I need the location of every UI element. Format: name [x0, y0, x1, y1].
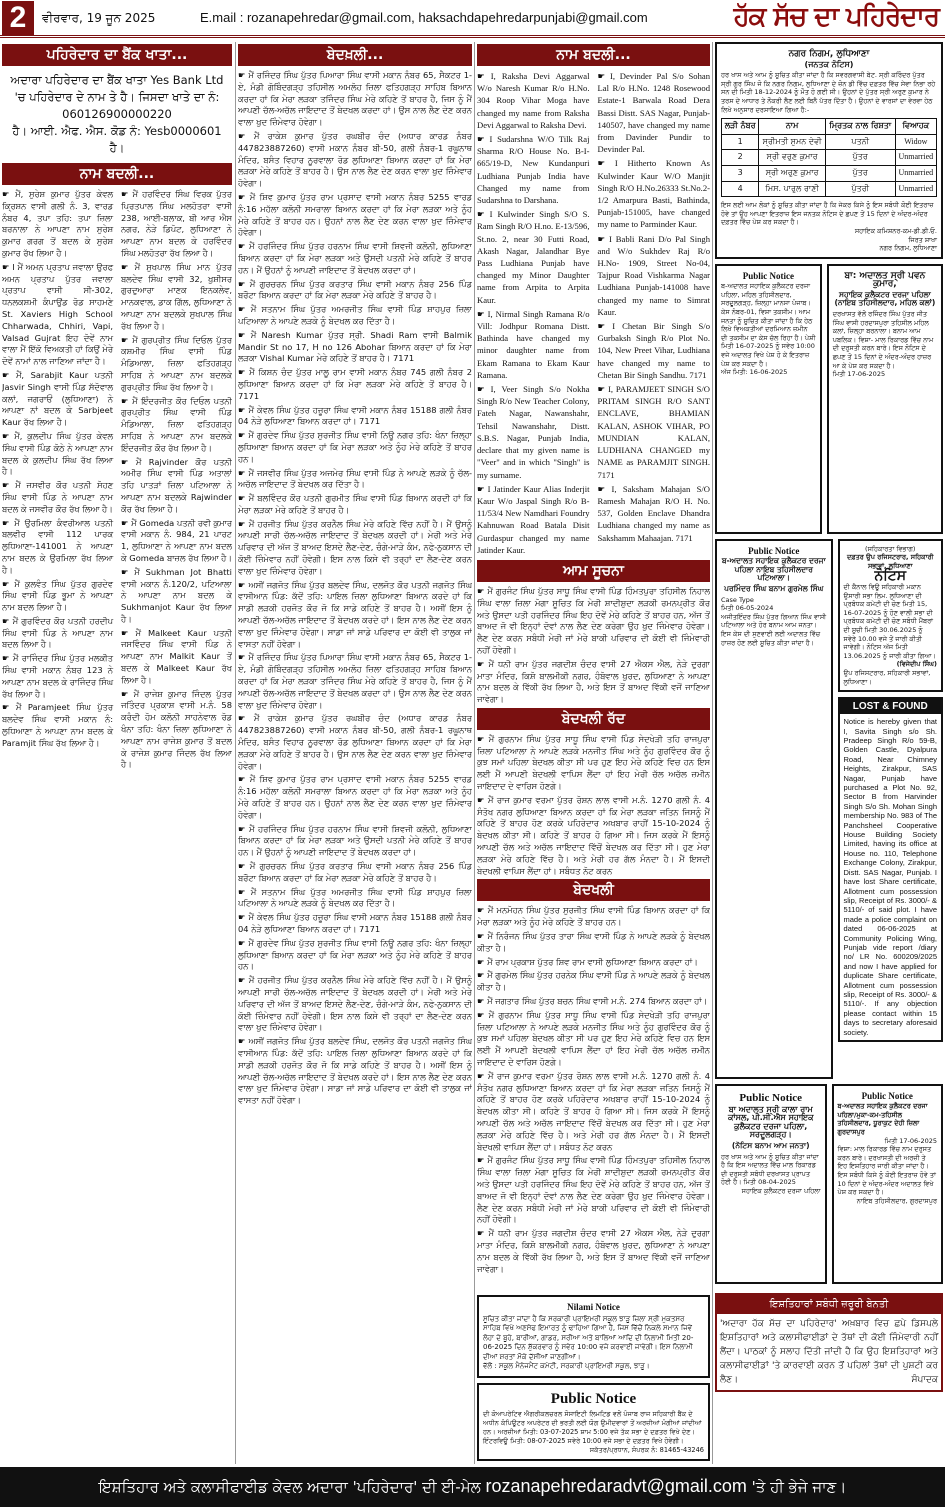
notice-item: ☛ ਮੈਂ ਰਜਿੰਦਰ ਸਿੰਘ ਪੁੱਤਰ ਪਿਆਰਾ ਸਿੰਘ ਵਾਸੀ … — [238, 70, 472, 129]
column-divider — [474, 42, 475, 1464]
notice-parties: ਪਰਮਿੰਦਰ ਸਿੰਘ ਬਨਾਮ ਗੁਰਮੇਲ ਸਿੰਘ — [721, 585, 827, 594]
notice-body: ਬ-ਅਦਾਲਤ ਸਹਾਇਕ ਕੁਲੈਕਟਰ ਦਰਜਾ ਪਹਿਲਾ, ਮਹਿਲ ਤ… — [721, 282, 816, 368]
notice-item: ☛ ਮੈਂ, ਸੁਰੇਸ਼ ਕੁਮਾਰ ਪੁੱਤਰ ਕੇਵਲ ਕ੍ਰਿਸ਼ਨ ਵ… — [2, 189, 113, 260]
notice-item: ☛ I, PARAMJEET SINGH S/O PRITAM SINGH R/… — [598, 383, 711, 481]
notice-item: ☛ ਮੈਂ ਗੁਰਦੇਵ ਸਿੰਘ ਪੁੱਤਰ ਸੁਰਜੀਤ ਸਿੰਘ ਵਾਸੀ… — [238, 430, 472, 465]
logo-text: ਹੱਕ ਸੱਚ ਦਾ ਪਹਿਰੇਦਾਰ — [734, 2, 939, 32]
municipal-notice-subtitle: (ਜਨਤਕ ਨੋਟਿਸ) — [721, 61, 937, 70]
auction-notice: Nilami Notice ਸੂਚਿਤ ਕੀਤਾ ਜਾਂਦਾ ਹੈ ਕਿ ਸਰਕ… — [477, 1295, 710, 1378]
notice-item: ☛ ਮੈਂ ਗੁਰਵਿੰਦਰ ਕੌਰ ਪਤਨੀ ਹਰਦੀਪ ਸਿੰਘ ਵਾਸੀ … — [2, 616, 113, 651]
notice-item: ☛ ਮੈਂ ਸਤਨਾਮ ਸਿੰਘ ਪੁੱਤਰ ਅਮਰਜੀਤ ਸਿੰਘ ਵਾਸੀ … — [238, 887, 472, 911]
notice-item: ☛ ਮੈਂ Rajvinder ਕੌਰ ਪਤਨੀ ਅਮੀਰ ਸਿੰਘ ਵਾਸੀ … — [121, 457, 232, 516]
cell: ਸ੍ਰੀਮਤੀ ਸੁਮਨ ਦੇਵੀ — [759, 134, 826, 150]
notice-date: ਮਿਤੀ 06-05-2024 — [721, 604, 827, 613]
notice-item: ☛ ਮੈਂ ਗੁਰਜੰਟ ਸਿੰਘ ਪੁੱਤਰ ਸਾਧੂ ਸਿੰਘ ਵਾਸੀ ਪ… — [477, 586, 710, 657]
cell: Widow — [895, 134, 936, 150]
notice-item: ☛ I, Saksham Mahajan S/O Ramesh Mahajan … — [598, 483, 711, 544]
notice-item: ☛ ਮੈਂ ਸ਼ਿਵ ਕੁਮਾਰ ਪੁੱਤਰ ਰਾਮ ਪ੍ਰਸਾਦ ਵਾਸੀ ਮ… — [238, 192, 472, 239]
notice-item: ☛ ਮੈਂ ਕਿਸ਼ਨ ਚੰਦ ਪੁੱਤਰ ਮਾਲੂ ਰਾਮ ਵਾਸੀ ਮਕਾਨ… — [238, 367, 472, 402]
name-change-english-title: ਨਾਮ ਬਦਲੀ... — [477, 44, 710, 66]
municipal-notice: ਨਗਰ ਨਿਗਮ, ਲੁਧਿਆਣਾ (ਜਨਤਕ ਨੋਟਿਸ) ਹਰ ਖਾਸ ਅਤ… — [715, 42, 943, 259]
english-list-right: ☛ I, Devinder Pal S/o Sohan Lal R/o H.No… — [598, 70, 711, 558]
notice-item: ☛ ਮੈਂ ਹਰਜੀਤ ਸਿੰਘ ਪੁੱਤਰ ਕਰਨੈਲ ਸਿੰਘ ਮੇਰੇ ਕ… — [238, 519, 472, 578]
table-row: 1ਸ੍ਰੀਮਤੀ ਸੁਮਨ ਦੇਵੀਪਤਨੀWidow — [722, 134, 937, 150]
name-change-title: ਨਾਮ ਬਦਲੀ... — [2, 163, 232, 185]
footer-banner: ਇਸ਼ਤਿਹਾਰ ਅਤੇ ਕਲਾਸੀਫਾਈਡ ਕੇਵਲ ਅਦਾਰਾ 'ਪਹਿਰੇ… — [0, 1467, 945, 1507]
column-header: ਲੜੀ ਨੰਬਰ — [722, 119, 759, 135]
public-notice-body: ਦੀ ਕੋਆਪਰੇਟਿਵ ਐਗਰੀਕਲਚਰਲ ਸੋਸਾਇਟੀ ਲਿਮਟਿਡ ਵਲ… — [483, 1410, 704, 1446]
public-notice-mansa: Public Notice ਬ-ਅਦਾਲਤ ਸਹਾਇਕ ਕੁਲੈਕਟਰ ਦਰਜਾ… — [715, 264, 822, 534]
right-stack: (ਸਹਿਕਾਰਤਾ ਵਿਭਾਗ) ਦਫ਼ਤਰ ਉਪ ਰਜਿਸਟਰਾਰ, ਸਹਿਕ… — [838, 539, 944, 1084]
notice-item: ☛ ਮੈਂ ਗੁਰਪ੍ਰੀਤ ਸਿੰਘ ਦਿਓਲ ਪੁੱਤਰ ਕਸ਼ਮੀਰ ਸਿ… — [121, 335, 232, 394]
cell: ਪਤਨੀ — [825, 134, 895, 150]
english-name-change: ☛ I, Raksha Devi Aggarwal W/o Naresh Kum… — [477, 70, 710, 558]
general-notice-title: ਆਮ ਸੂਚਨਾ — [477, 560, 710, 582]
notice-item: ☛ ਮੈਂ ਜਸਵੀਰ ਸਿੰਘ ਪੁੱਤਰ ਅਜਮੇਰ ਸਿੰਘ ਵਾਸੀ ਪ… — [238, 468, 472, 492]
cell: 4 — [722, 181, 759, 197]
public-notice-sign: ਸਕੱਤਰ/ਪ੍ਰਧਾਨ, ਸੰਪਰਕ ਨੰ: 81465-43246 — [483, 1446, 704, 1455]
notice-item: ☛ ਮੈਂ ਰਾਜਿੰਦਰ ਸਿੰਘ ਪੁੱਤਰ ਮਲਕੀਤ ਸਿੰਘ ਵਾਸੀ… — [2, 653, 113, 700]
notice-item: ☛ I Sudarshna W/O Tilk Raj Sharma R/O Ho… — [477, 133, 590, 206]
notice-item: ☛ ਮੈਂ ਗੁਰਚਰਨ ਸਿੰਘ ਪੁੱਤਰ ਕਰਤਾਰ ਸਿੰਘ ਵਾਸੀ … — [238, 861, 472, 885]
eviction-2-title: ਬੇਦਖਲੀ — [477, 879, 710, 901]
municipal-notice-title: ਨਗਰ ਨਿਗਮ, ਲੁਧਿਆਣਾ — [721, 50, 937, 59]
notice-item: ☛ ਮੈਂ Malkeet Kaur ਪਤਨੀ ਜਸਵਿੰਦਰ ਸਿੰਘ ਵਾਸ… — [121, 628, 232, 687]
column-3: ਨਾਮ ਬਦਲੀ... ☛ I, Raksha Devi Aggarwal W/… — [477, 42, 710, 1464]
notice-item: ☛ ਮੈਂ ਜਸਵੀਰ ਕੌਰ ਪਤਨੀ ਸੋਹਣ ਸਿੰਘ ਵਾਸੀ ਪਿੰਡ… — [2, 480, 113, 515]
sign-line: ਜਿਰਤ ਸ਼ਾਖਾ — [721, 236, 937, 245]
notice-item: ☛ I ਮੈਂ ਅਮਨ ਪ੍ਰਤਾਪ ਜਵਾਲਾ ਉਰਫ ਅਮਨ ਪ੍ਰਤਾਪ … — [2, 262, 113, 368]
notice-item: ☛ ਮੈਂ ਗੁਰਨਾਮ ਸਿੰਘ ਪੁੱਤਰ ਸਾਧੂ ਸਿੰਘ ਵਾਸੀ ਪ… — [477, 734, 710, 793]
table-header-row: ਲੜੀ ਨੰਬਰ ਨਾਮ ਮ੍ਰਿਤਕ ਨਾਲ ਰਿਸ਼ਤਾ ਵਿਆਹਕ — [722, 119, 937, 135]
notice-item: ☛ ਮੈਂ ਕੇਵਲ ਸਿੰਘ ਪੁੱਤਰ ਹਜ਼ੂਰਾ ਸਿੰਘ ਵਾਸੀ ਮ… — [238, 405, 472, 429]
notice-date: ਮਿਤੀ 17-06-2025 — [833, 370, 937, 379]
column-2: ਬੇਦਖ਼ਲੀ... ☛ ਮੈਂ ਰਜਿੰਦਰ ਸਿੰਘ ਪੁੱਤਰ ਪਿਆਰਾ… — [238, 42, 472, 1464]
notice-item: ☛ I, Veer Singh S/o Nokha Singh R/o New … — [477, 383, 590, 481]
notice-office-footer: ਉਪ ਰਜਿਸਟਰਾਰ, ਸਹਿਕਾਰੀ ਸਭਾਵਾਂ, ਲੁਧਿਆਣਾ। — [844, 669, 938, 686]
notice-subtitle: ਬ-ਅਦਾਲਤ ਸਹਾਇਕ ਕੁਲੈਕਟਰ ਦਰਜਾ ਪਹਿਲਾ ਨਾਇਬ ਤਹ… — [721, 557, 827, 583]
lost-found-body: Notice is hereby given that I, Savita Si… — [840, 714, 942, 1040]
disclaimer-title: ਇਸ਼ਤਿਹਾਰਾਂ ਸਬੰਧੀ ਜ਼ਰੂਰੀ ਬੇਨਤੀ — [717, 1295, 941, 1314]
notice-item: ☛ ਮੈਂ ਹਰਜਿੰਦਰ ਸਿੰਘ ਪੁੱਤਰ ਹਰਨਾਮ ਸਿੰਘ ਵਾਸੀ… — [238, 824, 472, 859]
notice-subtitle: ਬਾ ਅਦਾਲਤ ਸ੍ਰੀ ਕਾਲਾ ਰਾਮ ਕਾਂਸਲ, ਪੀ.ਸੀ.ਐਸ ਸ… — [721, 1106, 821, 1140]
english-list-left: ☛ I, Raksha Devi Aggarwal W/o Naresh Kum… — [477, 70, 590, 558]
cell: ਮਿਸ. ਪਾਰੁਲ ਰਾਣੀ — [759, 181, 826, 197]
notice-item: ☛ ਮੈਂ ਗੁਰਚਰਨ ਸਿੰਘ ਪੁੱਤਰ ਕਰਤਾਰ ਸਿੰਘ ਵਾਸੀ … — [238, 279, 472, 303]
page-number: 2 — [2, 1, 34, 35]
auction-notice-body: ਸੂਚਿਤ ਕੀਤਾ ਜਾਂਦਾ ਹੈ ਕਿ ਸਰਕਾਰੀ ਪ੍ਰਾਇਮਰੀ ਸ… — [483, 1315, 704, 1363]
cell: ਪੁੱਤਰ — [825, 150, 895, 166]
notice-item: ☛ ਮੈਂ Paramjeet ਸਿੰਘ ਪੁੱਤਰ ਬਲਦੇਵ ਸਿੰਘ ਵਾ… — [2, 702, 113, 749]
column-divider — [712, 42, 713, 1464]
notice-item: ☛ I Jatinder Kaur Alias Inderjit Kaur W/… — [477, 483, 590, 556]
heirs-table: ਲੜੀ ਨੰਬਰ ਨਾਮ ਮ੍ਰਿਤਕ ਨਾਲ ਰਿਸ਼ਤਾ ਵਿਆਹਕ 1ਸ੍… — [721, 118, 937, 197]
notice-sign: ਨਾਇਬ ਤਹਿਸੀਲਦਾਰ, ਗੁਰਦਾਸਪੁਰ — [838, 1197, 938, 1206]
notice-item: ☛ ਮੈਂ ਹਰਵਿੰਦਰ ਸਿੰਘ ਵਿਰਕ ਪੁੱਤਰ ਪ੍ਰਿਤਪਾਲ ਸ… — [121, 189, 232, 260]
notice-item: ☛ ਮੈਂ ਗੁਰਜੰਟ ਸਿੰਘ ਪੁੱਤਰ ਸਾਧੂ ਸਿੰਘ ਵਾਸੀ ਪ… — [477, 1155, 710, 1226]
general-notice-list: ☛ ਮੈਂ ਗੁਰਜੰਟ ਸਿੰਘ ਪੁੱਤਰ ਸਾਧੂ ਸਿੰਘ ਵਾਸੀ ਪ… — [477, 586, 710, 706]
lost-found-title: LOST & FOUND — [840, 699, 942, 714]
cooperative-notice: (ਸਹਿਕਾਰਤਾ ਵਿਭਾਗ) ਦਫ਼ਤਰ ਉਪ ਰਜਿਸਟਰਾਰ, ਸਹਿਕ… — [838, 539, 944, 693]
auction-notice-signoff: ਵੱਲੋਂ : ਸਕੂਲ ਮੈਨੇਜਮੈਂਟ ਕਮੇਟੀ, ਸਰਕਾਰੀ ਪ੍ਰ… — [483, 1362, 704, 1372]
cell: 2 — [722, 150, 759, 166]
notice-item: ☛ ਮੈਂ, Sarabjit Kaur ਪਤਨੀ Jasvir Singh ਵ… — [2, 370, 113, 429]
notice-date: ਮਿਤੀ 17-06-2025 — [838, 1137, 938, 1146]
notice-item: ☛ ਮੈਂ ਧਨੀ ਰਾਮ ਪੁੱਤਰ ਜਗਦੀਸ਼ ਚੰਦਰ ਵਾਸੀ 27 … — [477, 1228, 710, 1275]
notice-item: ☛ ਮੈਂ ਕੇਵਲ ਸਿੰਘ ਪੁੱਤਰ ਹਜ਼ੂਰਾ ਸਿੰਘ ਵਾਸੀ ਮ… — [238, 912, 472, 936]
notice-body: ਦੀ ਕੈਨਾਲ ਵਿਊ ਸਹਿਕਾਰੀ ਮਕਾਨ ਉਸਾਰੀ ਸਭਾ ਲਿਮ.… — [844, 583, 938, 660]
eviction-title: ਬੇਦਖ਼ਲੀ... — [238, 44, 472, 66]
cell: ਸ੍ਰੀ ਅਰੁਣ ਕੁਮਾਰ — [759, 165, 826, 181]
notice-item: ☛ I Babli Rani D/o Pal Singh and W/o Suk… — [598, 233, 711, 318]
notice-item: ☛ ਮੈਂ ਰਾਕੇਸ਼ ਕੁਮਾਰ ਪੁੱਤਰ ਰਘਬੀਰ ਚੰਦ (ਅਧਾਰ… — [238, 131, 472, 190]
notice-item: ☛ ਮੈਂ ਰਾਜ ਕੁਮਾਰ ਵਰਮਾ ਪੁੱਤਰ ਰੋਸ਼ਨ ਲਾਲ ਵਾਸ… — [477, 1071, 710, 1154]
notice-item: ☛ ਮੈਂ ਰਜਿੰਦਰ ਸਿੰਘ ਪੁੱਤਰ ਪਿਆਰਾ ਸਿੰਘ ਵਾਸੀ … — [238, 652, 472, 711]
sign-line: ਨਗਰ ਨਿਗਮ, ਲੁਧਿਆਣਾ — [721, 244, 937, 253]
public-notice-case: Public Notice ਬ-ਅਦਾਲਤ ਸਹਾਇਕ ਕੁਲੈਕਟਰ ਦਰਜਾ… — [715, 539, 833, 1079]
notice-item: ☛ ਮੈਂ ਗੁਰਦੇਵ ਸਿੰਘ ਪੁੱਤਰ ਸੁਰਜੀਤ ਸਿੰਘ ਵਾਸੀ… — [238, 938, 472, 973]
notice-item: ☛ ਮੈਂ ਉਰਮਿਲਾ ਕੰਵਰੀਆਲ ਪਤਨੀ ਬਲਵੀਰ ਵਾਸੀ 112… — [2, 518, 113, 577]
notice-item: ☛ ਮੈਂ ਗੁਰਨਾਮ ਸਿੰਘ ਪੁੱਤਰ ਸਾਧੂ ਸਿੰਘ ਵਾਸੀ ਪ… — [477, 1010, 710, 1069]
advertisement-disclaimer: ਇਸ਼ਤਿਹਾਰਾਂ ਸਬੰਧੀ ਜ਼ਰੂਰੀ ਬੇਨਤੀ 'ਅਦਾਰਾ ਹੱਕ… — [715, 1293, 943, 1392]
bank-line-1: ਅਦਾਰਾ ਪਹਿਰੇਦਾਰ ਦਾ ਬੈਂਕ ਖਾਤਾ Yes Bank Ltd… — [4, 72, 230, 123]
public-notice-mehal-kalan: ਬਾ: ਅਦਾਲਤ ਸ੍ਰੀ ਪਵਨ ਕੁਮਾਰ, ਸਹਾਇਕ ਕੁਲੈਕਟਰ … — [827, 264, 943, 534]
eviction-2-list: ☛ ਮੈਂ ਮਨਮੋਹਨ ਸਿੰਘ ਪੁੱਤਰ ਸੁਰਜੀਤ ਸਿੰਘ ਵਾਸੀ… — [477, 905, 710, 1295]
disclaimer-sign: ਸੰਪਾਦਕ — [912, 1373, 938, 1387]
notice-item: ☛ ਮੈਂ ਮਨਮੋਹਨ ਸਿੰਘ ਪੁੱਤਰ ਸੁਰਜੀਤ ਸਿੰਘ ਵਾਸੀ… — [477, 905, 710, 929]
notice-row-2: Public Notice ਬ-ਅਦਾਲਤ ਸਹਾਇਕ ਕੁਲੈਕਟਰ ਦਰਜਾ… — [715, 539, 943, 1084]
notice-item: ☛ ਮੈਂ ਰਾਜ ਕੁਮਾਰ ਵਰਮਾ ਪੁੱਤਰ ਰੋਸ਼ਨ ਲਾਲ ਵਾਸ… — [477, 795, 710, 878]
cell: 1 — [722, 134, 759, 150]
notice-item: ☛ ਮੈਂ ਸੁਖਪਾਲ ਸਿੰਘ ਮਾਨ ਪੁੱਤਰ ਬਲਦੇਵ ਸਿੰਘ ਵ… — [121, 262, 232, 333]
notice-item: ☛ ਮੈਂ ਧਨੀ ਰਾਮ ਪੁੱਤਰ ਜਗਦੀਸ਼ ਚੰਦਰ ਵਾਸੀ 27 … — [477, 659, 710, 706]
page-header: 2 ਵੀਰਵਾਰ, 19 ਜੂਨ 2025 E.mail : rozanapeh… — [0, 0, 945, 38]
column-1: ਪਹਿਰੇਦਾਰ ਦਾ ਬੈਂਕ ਖਾਤਾ... ਅਦਾਰਾ ਪਹਿਰੇਦਾਰ … — [2, 42, 232, 1464]
notice-item: ☛ I, Devinder Pal S/o Sohan Lal R/o H.No… — [598, 70, 711, 155]
column-header: ਮ੍ਰਿਤਕ ਨਾਲ ਰਿਸ਼ਤਾ — [825, 119, 895, 135]
bank-account-details: ਅਦਾਰਾ ਪਹਿਰੇਦਾਰ ਦਾ ਬੈਂਕ ਖਾਤਾ Yes Bank Ltd… — [2, 70, 232, 161]
cell: ਪੁੱਤਰੀ — [825, 181, 895, 197]
notice-dept: (ਸਹਿਕਾਰਤਾ ਵਿਭਾਗ) — [844, 545, 938, 554]
notice-item: ☛ ਮੈਂ Sukhman Jot Bhatti ਵਾਸੀ ਮਕਾਨ ਨੰ.12… — [121, 567, 232, 626]
notice-item: ☛ ਮੈਂ, ਕੁਲਦੀਪ ਸਿੰਘ ਪੁੱਤਰ ਕੇਵਲ ਸਿੰਘ ਵਾਸੀ … — [2, 431, 113, 478]
cell: 3 — [722, 165, 759, 181]
column-4: ਨਗਰ ਨਿਗਮ, ਲੁਧਿਆਣਾ (ਜਨਤਕ ਨੋਟਿਸ) ਹਰ ਖਾਸ ਅਤ… — [715, 42, 943, 1464]
notice-title: Public Notice — [721, 272, 816, 281]
notice-item: ☛ ਮੈਂ ਕੁਲਵੰਤ ਸਿੰਘ ਪੁੱਤਰ ਗੁਰਦੇਵ ਸਿੰਘ ਵਾਸੀ… — [2, 579, 113, 614]
public-notice: Public Notice ਦੀ ਕੋਆਪਰੇਟਿਵ ਐਗਰੀਕਲਚਰਲ ਸੋਸ… — [477, 1383, 710, 1461]
notice-item: ☛ ਮੈਂ Naresh Kumar ਪੁੱਤਰ ਸ੍ਰੀ. Shadi Ram… — [238, 330, 472, 365]
notice-tag: (ਨੋਟਿਸ ਬਨਾਮ ਆਮ ਜਨਤਾ) — [721, 1142, 821, 1151]
notice-title: Public Notice — [721, 547, 827, 556]
notice-body: ਅਜੀਤਇੰਦਰ ਸਿੰਘ ਪੁੱਤਰ ਗਿਆਨ ਸਿੰਘ ਵਾਸੀ ਪਟਿਆਲ… — [721, 613, 827, 647]
notice-item: ☛ I Chetan Bir Singh S/o Gurbaksh Singh … — [598, 320, 711, 381]
cell: Unmarried — [895, 165, 936, 181]
notice-item: ☛ I Kulwinder Singh S/O S. Ram Singh R/O… — [477, 208, 590, 306]
public-notice-sardulgarh: Public Notice ਬਾ ਅਦਾਲਤ ਸ੍ਰੀ ਕਾਲਾ ਰਾਮ ਕਾਂ… — [715, 1084, 827, 1284]
disclaimer-body: 'ਅਦਾਰਾ ਹੱਕ ਸੱਚ ਦਾ ਪਹਿਰੇਦਾਰ' ਅਖ਼ਬਾਰ ਵਿਚ ਛ… — [720, 1319, 938, 1385]
table-row: 3ਸ੍ਰੀ ਅਰੁਣ ਕੁਮਾਰਪੁੱਤਰUnmarried — [722, 165, 937, 181]
municipal-notice-signature: ਸਹਾਇਕ ਕਮਿਸ਼ਨਰ-ਕਮ-ਡੀ.ਡੀ.ਓ. ਜਿਰਤ ਸ਼ਾਖਾ ਨਗਰ… — [721, 227, 937, 253]
table-row: 2ਸ੍ਰੀ ਵਰੁਣ ਕੁਮਾਰਪੁੱਤਰUnmarried — [722, 150, 937, 166]
notice-item: ☛ ਮੈਂ ਇੰਦਰਜੀਤ ਕੌਰ ਦਿਓਲ ਪਤਨੀ ਗੁਰਪ੍ਰੀਤ ਸਿੰ… — [121, 396, 232, 455]
header-email[interactable]: E.mail : rozanapehredar@gmail.com, haksa… — [200, 10, 648, 25]
sign-line: ਸਹਾਇਕ ਕਮਿਸ਼ਨਰ-ਕਮ-ਡੀ.ਡੀ.ਓ. — [721, 227, 937, 236]
notice-sign: ਸਹਾਇਕ ਕੁਲੈਕਟਰ ਦਰਜਾ ਪਹਿਲਾ — [721, 1187, 821, 1196]
case-type: Case Type — [721, 596, 827, 605]
notice-item: ☛ ਮੈਂ ਰਾਕੇਸ਼ ਕੁਮਾਰ ਪੁੱਤਰ ਰਘਬੀਰ ਚੰਦ (ਅਧਾਰ… — [238, 713, 472, 772]
notice-item: ☛ I, Raksha Devi Aggarwal W/o Naresh Kum… — [477, 70, 590, 131]
notice-item: ☛ ਅਸੀਂ ਜਗਜੋਤ ਸਿੰਘ ਪੁੱਤਰ ਬਲਦੇਵ ਸਿੰਘ, ਦਲਜੋ… — [238, 580, 472, 651]
newspaper-logo: ਹੱਕ ਸੱਚ ਦਾ ਪਹਿਰੇਦਾਰ — [734, 2, 939, 33]
notice-item: ☛ ਮੈਂ Gomeda ਪਤਨੀ ਰਵੀ ਕੁਮਾਰ ਵਾਸੀ ਮਕਾਨ ਨੰ… — [121, 518, 232, 565]
notice-body: ਵਿਸ਼ਾ: ਮਾਲ ਰਿਕਾਰਡ ਵਿੱਚ ਨਾਮ ਦਰੁਸਤ ਕਰਨ ਬਾਰ… — [838, 1145, 938, 1197]
notice-item: ☛ ਮੈਂ ਹਰਜਿੰਦਰ ਸਿੰਘ ਪੁੱਤਰ ਹਰਨਾਮ ਸਿੰਘ ਵਾਸੀ… — [238, 241, 472, 276]
disclaimer-body-wrap: 'ਅਦਾਰਾ ਹੱਕ ਸੱਚ ਦਾ ਪਹਿਰੇਦਾਰ' ਅਖ਼ਬਾਰ ਵਿਚ ਛ… — [717, 1314, 941, 1390]
bank-line-2: ਹੈ। ਆਈ. ਐਫ. ਐਸ. ਕੋਡ ਨੰ: Yesb0000601 ਹੈ। — [4, 123, 230, 157]
cell: ਪੁੱਤਰ — [825, 165, 895, 181]
column-header: ਨਾਮ — [759, 119, 826, 135]
bank-account-title: ਪਹਿਰੇਦਾਰ ਦਾ ਬੈਂਕ ਖਾਤਾ... — [2, 44, 232, 66]
notice-title: ਬਾ: ਅਦਾਲਤ ਸ੍ਰੀ ਪਵਨ ਕੁਮਾਰ, — [833, 272, 937, 289]
notice-title: Public Notice — [721, 1092, 821, 1104]
footer-text: ਇਸ਼ਤਿਹਾਰ ਅਤੇ ਕਲਾਸੀਫਾਈਡ ਕੇਵਲ ਅਦਾਰਾ 'ਪਹਿਰੇ… — [99, 1478, 481, 1496]
auction-notice-title: Nilami Notice — [483, 1303, 704, 1313]
municipal-notice-intro: ਹਰ ਖਾਸ ਅਤੇ ਆਮ ਨੂੰ ਸੂਚਿਤ ਕੀਤਾ ਜਾਂਦਾ ਹੈ ਕਿ… — [721, 71, 937, 114]
footer-suffix: 'ਤੇ ਹੀ ਭੇਜੇ ਜਾਣ। — [752, 1478, 847, 1496]
name-change-list: ☛ ਮੈਂ, ਸੁਰੇਸ਼ ਕੁਮਾਰ ਪੁੱਤਰ ਕੇਵਲ ਕ੍ਰਿਸ਼ਨ ਵ… — [2, 189, 232, 771]
public-notice-title: Public Notice — [483, 1391, 704, 1408]
eviction-revoked-list: ☛ ਮੈਂ ਗੁਰਨਾਮ ਸਿੰਘ ਪੁੱਤਰ ਸਾਧੂ ਸਿੰਘ ਵਾਸੀ ਪ… — [477, 734, 710, 878]
notice-item: ☛ I Hitherto Known As Kulwinder Kaur W/O… — [598, 157, 711, 230]
column-header: ਵਿਆਹਕ — [895, 119, 936, 135]
eviction-list: ☛ ਮੈਂ ਰਜਿੰਦਰ ਸਿੰਘ ਪੁੱਤਰ ਪਿਆਰਾ ਸਿੰਘ ਵਾਸੀ … — [238, 70, 472, 1107]
notice-item: ☛ ਮੈਂ ਰਾਮ ਪ੍ਰਕਾਸ਼ ਪੁੱਤਰ ਸ਼ਿਵ ਰਾਮ ਵਾਸੀ ਲੁ… — [477, 957, 710, 969]
notice-body: ਹਰ ਖਾਸ ਅਤੇ ਆਮ ਨੂੰ ਸੂਚਿਤ ਕੀਤਾ ਜਾਂਦਾ ਹੈ ਕਿ… — [721, 1153, 821, 1187]
cell: ਸ੍ਰੀ ਵਰੁਣ ਕੁਮਾਰ — [759, 150, 826, 166]
notice-body: ਦਰਖਾਸਤ ਵੱਲੋਂ ਰਜਿੰਦਰ ਸਿੰਘ ਪੁੱਤਰ ਜੀਤ ਸਿੰਘ … — [833, 310, 937, 370]
notice-item: ☛ ਮੈਂ ਹਰਜੀਤ ਸਿੰਘ ਪੁੱਤਰ ਕਰਨੈਲ ਸਿੰਘ ਮੇਰੇ ਕ… — [238, 975, 472, 1034]
notice-subtitle: ਸਹਾਇਕ ਕੁਲੈਕਟਰ ਦਰਜਾ ਪਹਿਲਾ (ਨਾਇਬ ਤਹਿਸੀਲਦਾਰ… — [833, 291, 937, 308]
notice-item: ☛ ਮੈਂ ਨਿਰੰਜਨ ਸਿੰਘ ਪੁੱਤਰ ਤਾਰਾ ਸਿੰਘ ਵਾਸੀ ਪ… — [477, 931, 710, 955]
notice-row-3: Public Notice ਬਾ ਅਦਾਲਤ ਸ੍ਰੀ ਕਾਲਾ ਰਾਮ ਕਾਂ… — [715, 1084, 943, 1289]
municipal-notice-footer: ਇਸ ਲਈ ਆਮ ਲੋਕਾਂ ਨੂੰ ਸੂਚਿਤ ਕੀਤਾ ਜਾਂਦਾ ਹੈ ਕ… — [721, 201, 937, 227]
notice-date: ਅੱਜ ਮਿਤੀ: 16-06-2025 — [721, 368, 816, 377]
eviction-revoked-title: ਬੇਦਖਲੀ ਰੱਦ — [477, 708, 710, 730]
notice-row-1: Public Notice ਬ-ਅਦਾਲਤ ਸਹਾਇਕ ਕੁਲੈਕਟਰ ਦਰਜਾ… — [715, 264, 943, 539]
public-notice-gurdaspur: Public Notice ਬ-ਅਦਾਲਤ ਸਹਾਇਕ ਕੁਲੈਕਟਰ ਦਰਜਾ… — [832, 1084, 944, 1284]
notice-title: ਨੋਟਿਸ — [844, 572, 938, 581]
notice-item: ☛ ਮੈਂ ਸ਼ਿਵ ਕੁਮਾਰ ਪੁੱਤਰ ਰਾਮ ਪ੍ਰਸਾਦ ਵਾਸੀ ਮ… — [238, 774, 472, 821]
notice-item: ☛ ਮੈਂ ਜਗਤਾਰ ਸਿੰਘ ਪੁੱਤਰ ਬਚਨ ਸਿੰਘ ਵਾਸੀ ਮ.ਨ… — [477, 996, 710, 1008]
notice-item: ☛ I, Nirmal Singh Ramana R/o Vill: Jodhp… — [477, 308, 590, 381]
notice-subtitle: ਬ-ਅਦਾਲਤ ਸਹਾਇਕ ਕੁਲੈਕਟਰ ਦਰਜਾ ਪਹਿਲਾ/ਮੁਕਾ-ਕਮ… — [838, 1102, 938, 1136]
notice-sign: (ਵਿਜੇਦੀਪ ਸਿੰਘ) — [844, 660, 938, 669]
cell: Unmarried — [895, 150, 936, 166]
table-row: 4ਮਿਸ. ਪਾਰੁਲ ਰਾਣੀਪੁੱਤਰੀUnmarried — [722, 181, 937, 197]
lost-and-found: LOST & FOUND Notice is hereby given that… — [838, 697, 944, 1042]
cell: Unmarried — [895, 181, 936, 197]
issue-date: ਵੀਰਵਾਰ, 19 ਜੂਨ 2025 — [42, 11, 155, 26]
notice-item: ☛ ਮੈਂ ਸਤਨਾਮ ਸਿੰਘ ਪੁੱਤਰ ਅਮਰਜੀਤ ਸਿੰਘ ਵਾਸੀ … — [238, 304, 472, 328]
notice-item: ☛ ਮੈਂ ਰਾਜੇਸ਼ ਕੁਮਾਰ ਜਿੰਦਲ ਪੁੱਤਰ ਜਤਿੰਦਰ ਪ੍… — [121, 689, 232, 772]
notice-item: ☛ ਅਸੀਂ ਜਗਜੋਤ ਸਿੰਘ ਪੁੱਤਰ ਬਲਦੇਵ ਸਿੰਘ, ਦਲਜੋ… — [238, 1036, 472, 1107]
notice-item: ☛ ਮੈਂ ਗੁਰਮੇਲ ਸਿੰਘ ਪੁੱਤਰ ਹਰਨੇਕ ਸਿੰਘ ਵਾਸੀ … — [477, 970, 710, 994]
footer-email[interactable]: rozanapehredaradvt@gmail.com — [485, 1476, 746, 1496]
column-divider — [235, 42, 236, 1464]
notice-item: ☛ ਮੈਂ ਬਲਵਿੰਦਰ ਕੌਰ ਪਤਨੀ ਗੁਰਮੀਤ ਸਿੰਘ ਵਾਸੀ … — [238, 493, 472, 517]
notice-title: Public Notice — [838, 1092, 938, 1101]
